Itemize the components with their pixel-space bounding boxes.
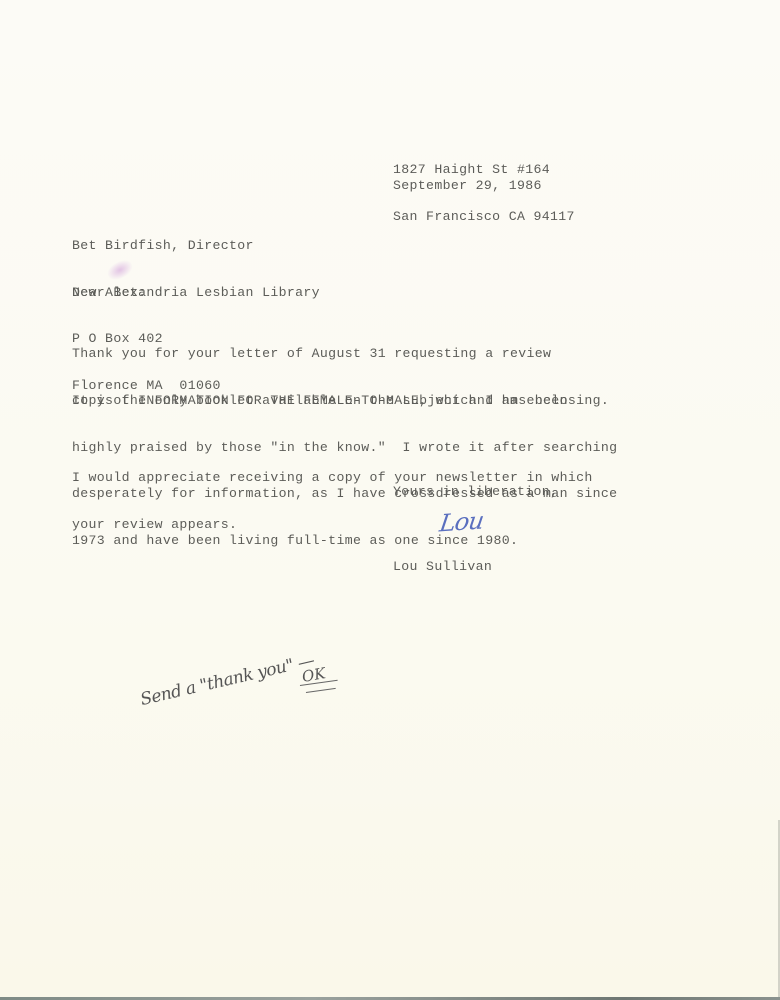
salutation: Dear Bet: [72,285,146,301]
paragraph-line: Thank you for your letter of August 31 r… [72,346,609,362]
handwritten-signature: Lou [438,507,485,538]
typed-signature-name: Lou Sullivan [393,559,492,575]
recipient-line1: Bet Birdfish, Director [72,238,320,254]
sender-address-line2: San Francisco CA 94117 [393,209,575,225]
paragraph-line: It is the only booklet available on the … [72,393,617,409]
sender-address-line1: 1827 Haight St #164 [393,162,575,178]
letter-date: September 29, 1986 [393,178,542,194]
closing: Yours in liberation, [393,484,558,500]
paragraph-line: your review appears. [72,517,593,533]
